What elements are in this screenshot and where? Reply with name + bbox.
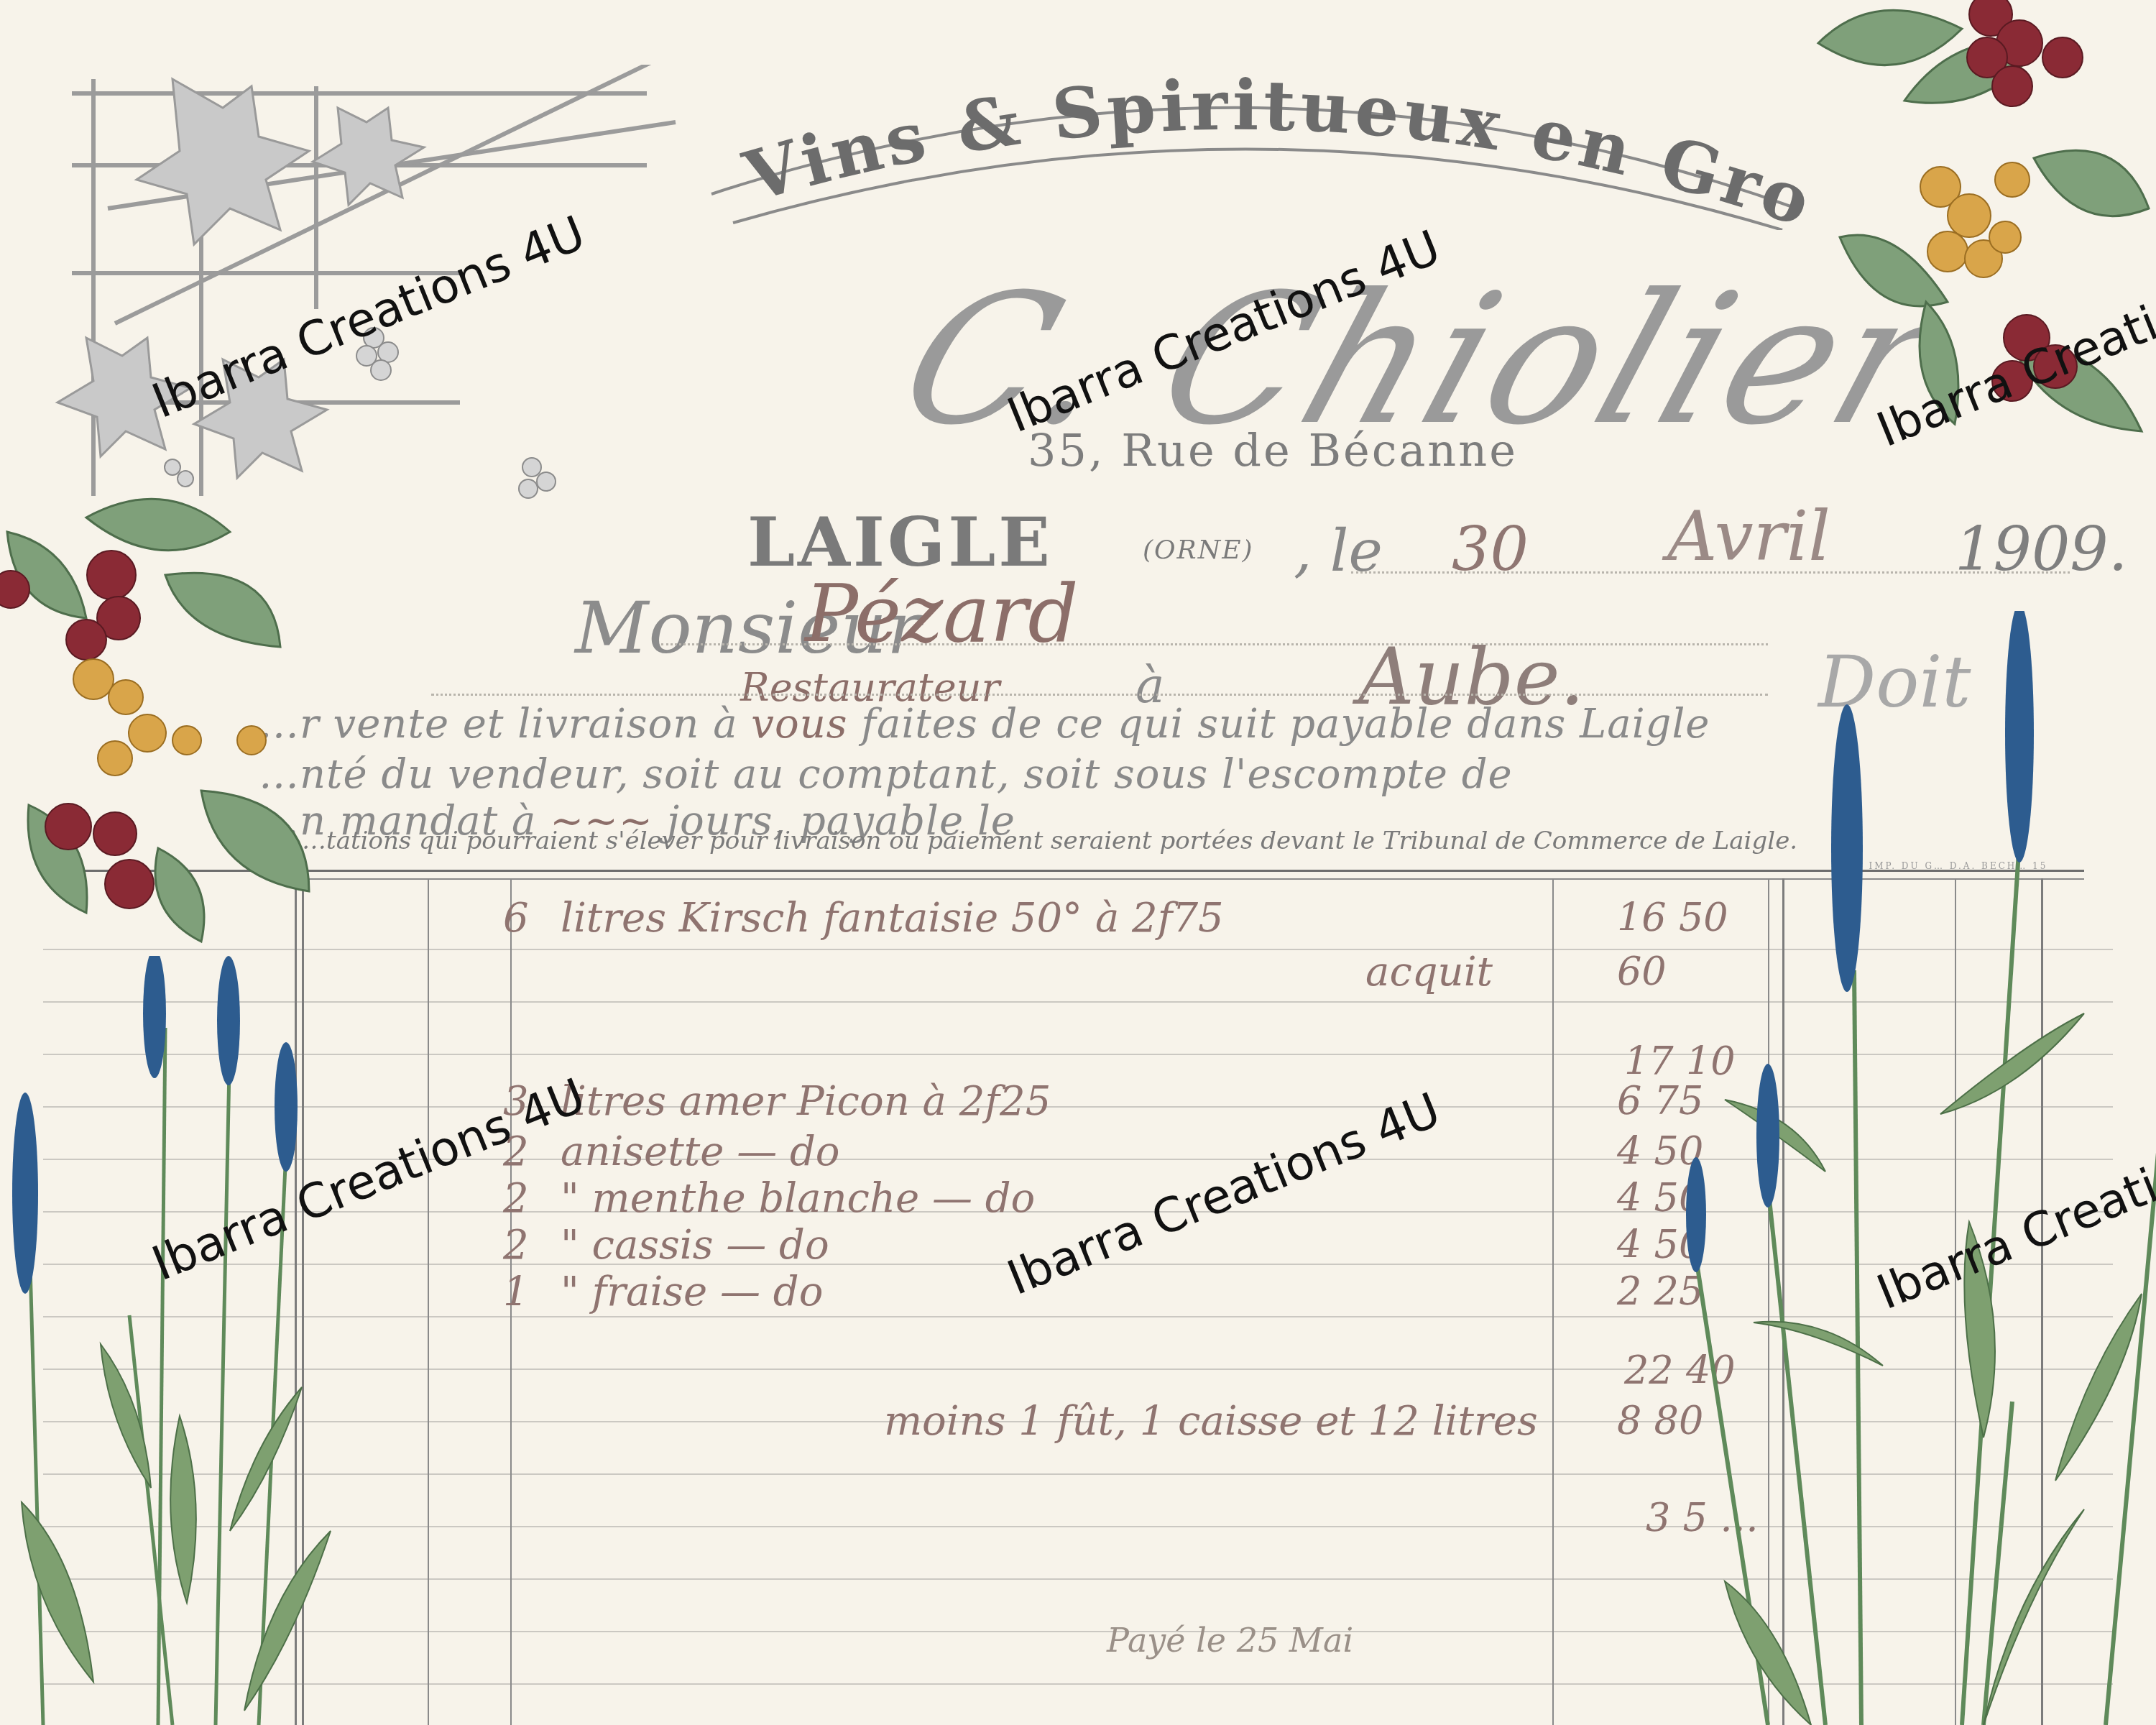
lavender-bouquet-right bbox=[1581, 611, 2156, 1725]
raspberry-branch-left bbox=[0, 489, 323, 949]
date-year: 1909. bbox=[1955, 514, 2127, 584]
terms-line-1: …r vente et livraison à vous faites de c… bbox=[259, 701, 1710, 747]
letterhead-banner: Vins & Spiritueux en Gros bbox=[690, 43, 1825, 230]
date-prefix: , le bbox=[1294, 517, 1383, 584]
deduction-text: moins 1 fût, 1 caisse et 12 litres bbox=[884, 1398, 1538, 1445]
terms-line-2: …nté du vendeur, soit au comptant, soit … bbox=[259, 751, 1513, 798]
ledger-col-line bbox=[428, 878, 429, 1725]
item-description: " cassis — do bbox=[561, 1222, 829, 1269]
lavender-bouquet-left bbox=[0, 956, 345, 1725]
watermark: Ibarra Creations 4U bbox=[1000, 1082, 1447, 1306]
item-quantity: 6 bbox=[503, 895, 529, 942]
ledger-col-line bbox=[1552, 878, 1554, 1725]
merchant-address: 35, Rue de Bécanne bbox=[1028, 424, 1518, 477]
invoice-page: Vins & Spiritueux en Gros C. Chiolier 35… bbox=[0, 0, 2156, 1725]
place-dotted-line bbox=[431, 694, 1768, 696]
item-quantity: 1 bbox=[503, 1269, 529, 1315]
banner-title: Vins & Spiritueux en Gros bbox=[690, 43, 1825, 230]
customer-name: Pézard bbox=[805, 568, 1079, 660]
date-day: 30 bbox=[1452, 514, 1529, 584]
date-dotted-line bbox=[1351, 571, 2070, 574]
item-description: " menthe blanche — do bbox=[561, 1175, 1035, 1222]
date-month: Avril bbox=[1667, 496, 1830, 576]
item-description: anisette — do bbox=[561, 1128, 840, 1175]
legal-notice: …tations qui pourraient s'élever pour li… bbox=[302, 827, 1797, 855]
item-description: litres amer Picon à 2f25 bbox=[561, 1078, 1051, 1125]
item-quantity: 2 bbox=[503, 1222, 529, 1269]
receipt-note: Payé le 25 Mai bbox=[1107, 1621, 1353, 1660]
merchant-department: (ORNE) bbox=[1143, 535, 1254, 565]
item-description: acquit bbox=[1365, 949, 1493, 995]
item-description: litres Kirsch fantaisie 50° à 2f75 bbox=[561, 895, 1224, 942]
svg-text:Vins & Spiritueux en Gros: Vins & Spiritueux en Gros bbox=[690, 43, 1825, 230]
item-description: " fraise — do bbox=[561, 1269, 823, 1315]
item-quantity: 2 bbox=[503, 1175, 529, 1222]
